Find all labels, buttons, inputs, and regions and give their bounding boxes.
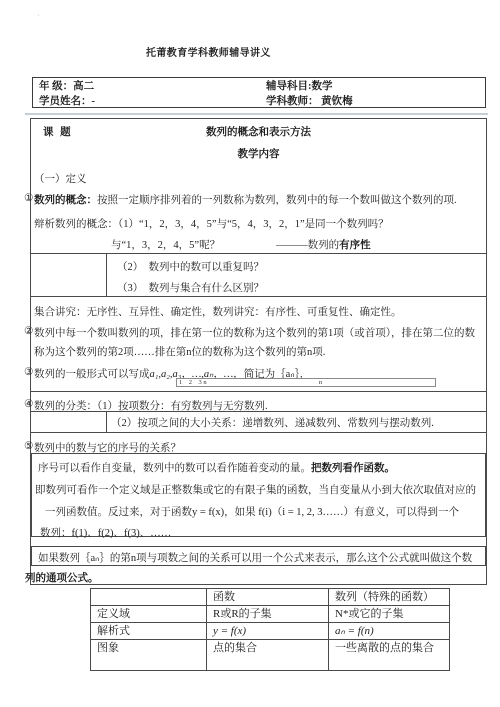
comparison-table: 函数 数列（特殊的函数） 定义域 R或R的子集 N*或它的子集 解析式 y = … xyxy=(90,588,450,671)
document-title: 托莆教育学科教师辅导讲义 xyxy=(146,44,271,59)
lesson-content-table: 课 题 数列的概念和表示方法 教学内容 （一）定义 ① 数列的概念：按照一定顺序… xyxy=(30,118,487,585)
item-3-prefix: 数列的一般形式可以写成 xyxy=(34,369,150,380)
debate-line-2-dash: ———数列的 xyxy=(276,240,339,251)
box5-line-3: 一列函数值。反过来，对于函数y = f(x)，如果 f(i)（i = 1, 2,… xyxy=(45,504,459,519)
debate-line-2-question: 与“1，3，2，4，5”呢？ xyxy=(111,240,220,251)
debate-line-2-keyword: 有序性 xyxy=(339,240,371,251)
function-view-box: 序号可以看作自变量，数列中的数可以看作随着变动的量。把数列看作函数。 即数列可看… xyxy=(31,453,486,537)
question-3: （3） 数列与集合有什么区别？ xyxy=(117,280,264,295)
box6-text: 如果数列｛aₙ｝的第n项与项数之间的关系可以用一个公式来表示，那么这个公式就叫做… xyxy=(38,550,472,565)
circled-number-5: ⑤ xyxy=(24,440,33,452)
subscript-right: n xyxy=(319,379,322,386)
section-title-teaching-content: 教学内容 xyxy=(31,146,486,161)
info-row-name: 学员姓名：- 学科教师： 黄钦梅 xyxy=(33,93,485,108)
circled-number-4: ④ xyxy=(24,398,33,410)
circled-number-1: ① xyxy=(24,192,33,204)
row-expression: 解析式 y = f(x) aₙ = f(n) xyxy=(91,623,450,640)
item-1-concept: ① 数列的概念：按照一定顺序排列着的一列数称为数列，数列中的每一个数叫做这个数列… xyxy=(34,192,457,207)
row-domain: 定义域 R或R的子集 N*或它的子集 xyxy=(91,606,450,623)
subscript-left: 1 2 3 n xyxy=(177,379,207,386)
domain-function: R或R的子集 xyxy=(207,606,329,623)
heading-definition: （一）定义 xyxy=(34,171,87,186)
general-term-formula-box: 如果数列｛aₙ｝的第n项与项数之间的关系可以用一个公式来表示，那么这个公式就叫做… xyxy=(31,546,486,566)
header-empty xyxy=(91,589,207,606)
item-2-text-1: 数列中每一个数叫数列的项，排在第一位的数称为这个数列的第1项（或首项），排在第二… xyxy=(34,328,475,339)
general-term-formula-wrap: 列的通项公式。 xyxy=(25,570,99,585)
domain-sequence: N*或它的子集 xyxy=(329,606,450,623)
box5-line-1-keyword: 把数列看作函数。 xyxy=(311,463,395,474)
debate-line-1: 辩析数列的概念：（1）“1，2，3，4，5”与“5，4，3，2，1”是同一个数列… xyxy=(34,216,389,231)
set-vs-sequence-line: 集合讲究：无序性、互异性、确定性，数列讲究：有序性、可重复性、确定性。 xyxy=(34,304,402,319)
student-info-table: 年 级：高二 辅导科目:数学 学员姓名：- 学科教师： 黄钦梅 xyxy=(32,77,486,108)
item-2-line-2: 称为这个数列的第2项……排在第n位的数称为这个数列的第n项. xyxy=(34,344,325,359)
item-1-term: 数列的概念： xyxy=(34,195,97,206)
question-2: （2） 数列中的数可以重复吗？ xyxy=(117,259,264,274)
graph-function: 点的集合 xyxy=(207,640,329,671)
box5-line-1-text: 序号可以看作自变量，数列中的数可以看作随着变动的量。 xyxy=(38,463,311,474)
box5-line-2: 即数列可看作一个定义域是正整数集或它的有限子集的函数，当自变量从小到大依次取值对… xyxy=(35,482,476,497)
circled-number-3: ③ xyxy=(24,366,33,378)
row-divider-line xyxy=(31,391,486,392)
classification-sub-text: （2）按项之间的大小关系：递增数列、递减数列、常数列与摆动数列. xyxy=(111,415,434,430)
domain-label: 定义域 xyxy=(91,606,207,623)
circled-number-2: ② xyxy=(24,325,33,337)
header-sequence: 数列（特殊的函数） xyxy=(329,589,450,606)
comparison-header-row: 函数 数列（特殊的函数） xyxy=(91,589,450,606)
graph-label: 图象 xyxy=(91,640,207,671)
box5-line-1: 序号可以看作自变量，数列中的数可以看作随着变动的量。把数列看作函数。 xyxy=(38,460,395,475)
expression-label: 解析式 xyxy=(91,623,207,640)
questions-row: （2） 数列中的数可以重复吗？ （3） 数列与集合有什么区别？ xyxy=(31,253,486,297)
topic-title: 数列的概念和表示方法 xyxy=(31,124,486,139)
expression-sequence: aₙ = f(n) xyxy=(329,623,450,640)
teacher-field: 学科教师： 黄钦梅 xyxy=(266,93,353,108)
debate-line-2: 与“1，3，2，4，5”呢？———数列的有序性 xyxy=(111,237,371,252)
document-page: · 托莆教育学科教师辅导讲义 年 级：高二 辅导科目:数学 学员姓名：- 学科教… xyxy=(0,0,500,707)
expression-function: y = f(x) xyxy=(207,623,329,640)
corner-mark: · xyxy=(37,11,40,20)
topic-label: 课 题 xyxy=(43,124,73,139)
classification-sub-row: （2）按项之间的大小关系：递增数列、递减数列、常数列与摆动数列. xyxy=(31,411,486,433)
cell-divider xyxy=(106,254,107,296)
subject-field: 辅导科目:数学 xyxy=(266,78,333,93)
row-graph: 图象 点的集合 一些离散的点的集合 xyxy=(91,640,450,671)
divider-band xyxy=(25,113,488,115)
student-name-field: 学员姓名：- xyxy=(33,93,266,108)
graph-sequence: 一些离散的点的集合 xyxy=(329,640,450,671)
item-1-text: 按照一定顺序排列着的一列数称为数列，数列中的每一个数叫做这个数列的项. xyxy=(97,195,457,206)
item-2-line-1: ② 数列中每一个数叫数列的项，排在第一位的数称为这个数列的第1项（或首项），排在… xyxy=(34,325,475,340)
subscript-artifact-strip: 1 2 3 n n xyxy=(176,378,436,387)
header-function: 函数 xyxy=(207,589,329,606)
grade-field: 年 级：高二 xyxy=(33,78,266,93)
info-row-grade: 年 级：高二 辅导科目:数学 xyxy=(33,78,485,93)
cell-divider xyxy=(106,412,107,432)
box5-line-4: 数列：f(1)、f(2)、f(3)、…… xyxy=(40,525,171,540)
topic-row: 课 题 数列的概念和表示方法 xyxy=(31,124,486,139)
